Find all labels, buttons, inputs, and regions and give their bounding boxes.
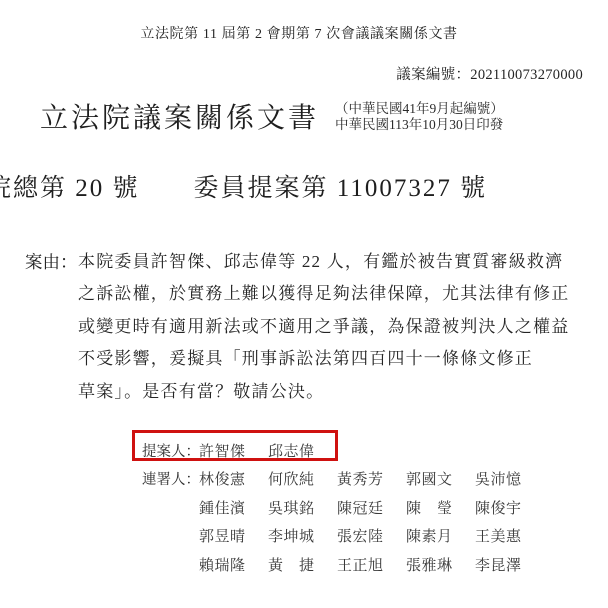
- cosigner-name: 王正旭: [337, 554, 385, 575]
- proposer-row: 提案人： 許智傑 邱志偉: [142, 436, 544, 465]
- cosigner-name: 王美惠: [475, 525, 523, 546]
- case-summary-line: 本院委員許智傑、邱志偉等 22 人，有鑑於被告實質審級救濟: [78, 246, 569, 278]
- cosigner-name: 吳沛憶: [475, 468, 523, 489]
- cosigner-name: 鍾佳濱: [199, 497, 247, 518]
- cosigner-name: 陳俊宇: [475, 497, 523, 518]
- case-summary: 案由： 本院委員許智傑、邱志偉等 22 人，有鑑於被告實質審級救濟 之訴訟權，於…: [25, 246, 569, 408]
- proposer-label: 提案人：: [142, 440, 199, 461]
- cosigner-name: 張雅琳: [406, 554, 454, 575]
- print-date-note: （中華民國41年9月起編號） 中華民國113年10月30日印發: [335, 101, 504, 132]
- signatories-section: 提案人： 許智傑 邱志偉 連署人： 林俊憲 何欣純 黃秀芳 郭國文 吳沛憶 鍾佳…: [142, 436, 544, 579]
- cosigner-name: 郭國文: [406, 468, 454, 489]
- cosigner-name: 黃 捷: [268, 554, 316, 575]
- case-summary-label: 案由：: [25, 246, 78, 408]
- case-summary-line: 之訴訟權，於實務上難以獲得足夠法律保障，尤其法律有修正: [78, 278, 569, 310]
- document-title: 立法院議案關係文書: [40, 96, 319, 136]
- cosigner-row: 郭昱晴 李坤城 張宏陸 陳素月 王美惠: [142, 522, 544, 551]
- case-summary-text: 本院委員許智傑、邱志偉等 22 人，有鑑於被告實質審級救濟 之訴訟權，於實務上難…: [78, 246, 569, 408]
- cosigner-name: 何欣純: [268, 468, 316, 489]
- cosigner-name: 張宏陸: [337, 525, 385, 546]
- docket-general-number: 院總第 20 號: [0, 175, 140, 202]
- cosigner-name: 林俊憲: [199, 468, 247, 489]
- cosigner-name: 李坤城: [268, 525, 316, 546]
- cosigner-name: 陳冠廷: [337, 497, 385, 518]
- cosigner-name: 李昆澤: [475, 554, 523, 575]
- proposer-name: 邱志偉: [268, 440, 316, 461]
- print-date: 中華民國113年10月30日印發: [335, 117, 504, 133]
- title-row: 立法院議案關係文書 （中華民國41年9月起編號） 中華民國113年10月30日印…: [40, 96, 504, 136]
- cosigner-label: 連署人：: [142, 468, 199, 489]
- docket-proposal-number: 委員提案第 11007327 號: [194, 175, 488, 202]
- cosigner-row: 連署人： 林俊憲 何欣純 黃秀芳 郭國文 吳沛憶: [142, 465, 544, 494]
- cosigner-name: 陳素月: [406, 525, 454, 546]
- cosigner-name: 陳 瑩: [406, 497, 454, 518]
- cosigner-name: 郭昱晴: [199, 525, 247, 546]
- case-summary-line: 不受影響，爰擬具「刑事訴訟法第四百四十一條條文修正: [78, 343, 569, 375]
- numbering-note: （中華民國41年9月起編號）: [335, 101, 504, 117]
- session-header: 立法院第 11 屆第 2 會期第 7 次會議議案關係文書: [0, 23, 598, 43]
- docket-number-line: 院總第 20 號委員提案第 11007327 號: [0, 168, 487, 204]
- case-summary-line: 草案」。是否有當？敬請公決。: [78, 376, 569, 408]
- bill-number: 議案編號：202110073270000: [396, 63, 583, 84]
- cosigner-row: 賴瑞隆 黃 捷 王正旭 張雅琳 李昆澤: [142, 550, 544, 579]
- proposer-name: 許智傑: [199, 440, 247, 461]
- cosigner-name: 黃秀芳: [337, 468, 385, 489]
- cosigner-name: 吳琪銘: [268, 497, 316, 518]
- document-page: 立法院第 11 屆第 2 會期第 7 次會議議案關係文書 議案編號：202110…: [0, 0, 608, 608]
- cosigner-row: 鍾佳濱 吳琪銘 陳冠廷 陳 瑩 陳俊宇: [142, 493, 544, 522]
- cosigner-name: 賴瑞隆: [199, 554, 247, 575]
- case-summary-line: 或變更時有適用新法或不適用之爭議，為保證被判決人之權益: [78, 311, 569, 343]
